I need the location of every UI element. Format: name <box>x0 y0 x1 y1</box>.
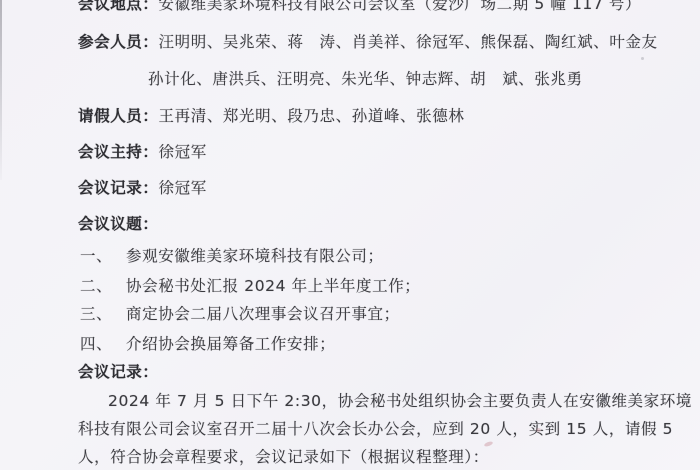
minutes-paragraph-line-3-text: 人，符合协会章程要求，会议记录如下（根据议程整理）： <box>78 448 489 466</box>
leave-personnel-row: 请假人员：王再清、郑光明、段乃忠、孙道峰、张德林 <box>78 106 464 127</box>
minutes-heading: 会议记录： <box>78 362 159 383</box>
topics-heading-label: 会议议题： <box>78 215 159 233</box>
meeting-recorder-label: 会议记录： <box>78 179 159 197</box>
attendees-row: 参会人员：汪明明、吴兆荣、蒋 涛、肖美祥、徐冠军、熊保磊、陶红斌、叶金友 <box>78 32 658 53</box>
attendees-names-line1: 汪明明、吴兆荣、蒋 涛、肖美祥、徐冠军、熊保磊、陶红斌、叶金友 <box>159 33 658 51</box>
meeting-host-value: 徐冠军 <box>159 143 207 161</box>
topic-item-4: 四、介绍协会换届筹备工作安排； <box>80 334 335 355</box>
leave-personnel-label: 请假人员： <box>78 107 159 125</box>
topic-item-3: 三、商定协会二届八次理事会议召开事宜； <box>80 304 400 325</box>
topic-item-3-number: 三、 <box>80 304 126 325</box>
meeting-location-label: 会议地点： <box>78 0 159 13</box>
topic-item-4-number: 四、 <box>80 334 126 355</box>
meeting-location-value: 安徽维美家环境科技有限公司会议室（爱沙广场二期 5 幢 117 号） <box>159 0 642 13</box>
minutes-paragraph-line-3: 人，符合协会章程要求，会议记录如下（根据议程整理）： <box>78 447 489 468</box>
topic-item-2-number: 二、 <box>80 276 126 297</box>
topic-item-2: 二、协会秘书处汇报 2024 年上半年度工作； <box>80 276 420 297</box>
minutes-paragraph-line-2: 科技有限公司会议室召开二届十八次会长办公会，应到 20 人，实到 15 人，请假… <box>78 419 673 440</box>
topic-item-1-text: 参观安徽维美家环境科技有限公司； <box>126 247 384 265</box>
minutes-heading-label: 会议记录： <box>78 363 159 381</box>
attendees-names-line2: 孙计化、唐洪兵、汪明亮、朱光华、钟志辉、胡 斌、张兆勇 <box>148 70 583 88</box>
minutes-paragraph-line-2-text: 科技有限公司会议室召开二届十八次会长办公会，应到 20 人，实到 15 人，请假… <box>78 420 673 438</box>
meeting-recorder-value: 徐冠军 <box>159 179 207 197</box>
topic-item-4-text: 介绍协会换届筹备工作安排； <box>126 335 335 353</box>
meeting-recorder-row: 会议记录：徐冠军 <box>78 178 207 199</box>
meeting-location-row: 会议地点：安徽维美家环境科技有限公司会议室（爱沙广场二期 5 幢 117 号） <box>78 0 641 15</box>
minutes-paragraph-line-1-text: 2024 年 7 月 5 日下午 2:30，协会秘书处组织协会主要负责人在安徽维… <box>108 392 692 410</box>
leave-personnel-value: 王再清、郑光明、段乃忠、孙道峰、张德林 <box>159 107 465 125</box>
topic-item-1: 一、参观安徽维美家环境科技有限公司； <box>80 246 384 267</box>
topic-item-2-text: 协会秘书处汇报 2024 年上半年度工作； <box>126 277 420 295</box>
scanned-meeting-minutes-document: 会议地点：安徽维美家环境科技有限公司会议室（爱沙广场二期 5 幢 117 号） … <box>0 0 700 470</box>
attendees-row-continued: 孙计化、唐洪兵、汪明亮、朱光华、钟志辉、胡 斌、张兆勇 <box>148 69 583 90</box>
meeting-host-label: 会议主持： <box>78 143 159 161</box>
topics-heading: 会议议题： <box>78 214 159 235</box>
attendees-label: 参会人员： <box>78 33 159 51</box>
scan-artifact <box>641 57 644 60</box>
topic-item-1-number: 一、 <box>80 246 126 267</box>
minutes-paragraph-line-1: 2024 年 7 月 5 日下午 2:30，协会秘书处组织协会主要负责人在安徽维… <box>108 391 692 412</box>
meeting-host-row: 会议主持：徐冠军 <box>78 142 207 163</box>
topic-item-3-text: 商定协会二届八次理事会议召开事宜； <box>126 305 400 323</box>
